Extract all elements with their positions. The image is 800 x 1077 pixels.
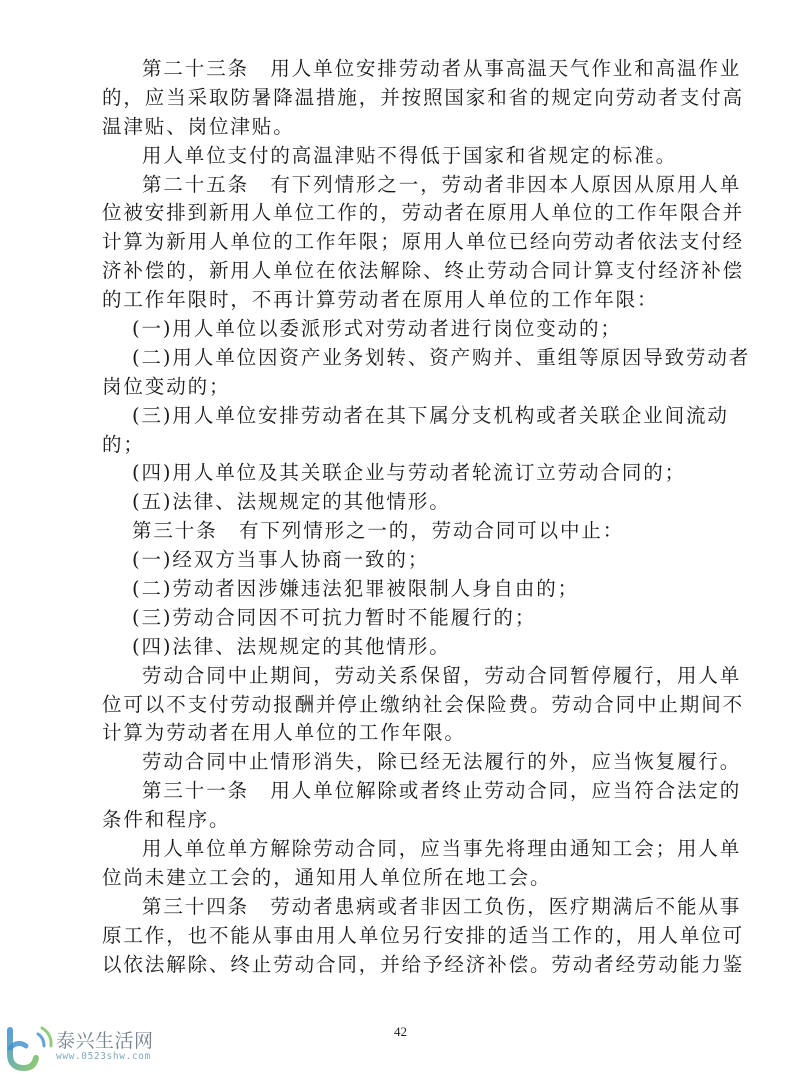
watermark-site-name: 泰兴生活网 (56, 1026, 154, 1053)
text-line: 济补偿的，新用人单位在依法解除、终止劳动合同计算支付经济补偿 (102, 257, 702, 286)
text-line: 的； (102, 431, 702, 460)
text-line: (二)用人单位因资产业务划转、资产购并、重组等原因导致劳动者 (102, 344, 702, 373)
text-line: 以依法解除、终止劳动合同，并给予经济补偿。劳动者经劳动能力鉴 (102, 951, 702, 980)
text-line: 第三十四条 劳动者患病或者非因工负伤，医疗期满后不能从事 (102, 893, 702, 922)
text-line: 温津贴、岗位津贴。 (102, 113, 702, 142)
text-line: (四)法律、法规规定的其他情形。 (102, 633, 702, 662)
text-line: 用人单位支付的高温津贴不得低于国家和省规定的标准。 (102, 142, 702, 171)
text-line: 第三十一条 用人单位解除或者终止劳动合同，应当符合法定的 (102, 777, 702, 806)
text-line: 劳动合同中止情形消失，除已经无法履行的外，应当恢复履行。 (102, 748, 702, 777)
text-line: 第三十条 有下列情形之一的，劳动合同可以中止： (102, 517, 702, 546)
text-line: 计算为劳动者在用人单位的工作年限。 (102, 719, 702, 748)
signal-wave-logo-icon (4, 1024, 56, 1074)
text-line: 原工作，也不能从事由用人单位另行安排的适当工作的，用人单位可 (102, 922, 702, 951)
document-page: 第二十三条 用人单位安排劳动者从事高温天气作业和高温作业的，应当采取防暑降温措施… (102, 55, 702, 980)
text-line: 位尚未建立工会的，通知用人单位所在地工会。 (102, 864, 702, 893)
page-number: 42 (394, 1024, 407, 1040)
watermark: 泰兴生活网 www.0523shw.com (4, 1024, 164, 1074)
text-line: 第二十三条 用人单位安排劳动者从事高温天气作业和高温作业 (102, 55, 702, 84)
text-line: (五)法律、法规规定的其他情形。 (102, 488, 702, 517)
text-line: (一)用人单位以委派形式对劳动者进行岗位变动的； (102, 315, 702, 344)
text-line: 第二十五条 有下列情形之一，劳动者非因本人原因从原用人单 (102, 171, 702, 200)
text-line: (三)劳动合同因不可抗力暂时不能履行的； (102, 604, 702, 633)
text-line: 岗位变动的； (102, 373, 702, 402)
text-line: (一)经双方当事人协商一致的； (102, 546, 702, 575)
text-line: 位被安排到新用人单位工作的，劳动者在原用人单位的工作年限合并 (102, 199, 702, 228)
text-line: 劳动合同中止期间，劳动关系保留，劳动合同暂停履行，用人单 (102, 662, 702, 691)
text-line: (三)用人单位安排劳动者在其下属分支机构或者关联企业间流动 (102, 402, 702, 431)
text-line: 用人单位单方解除劳动合同，应当事先将理由通知工会；用人单 (102, 835, 702, 864)
text-line: 计算为新用人单位的工作年限；原用人单位已经向劳动者依法支付经 (102, 228, 702, 257)
text-line: 位可以不支付劳动报酬并停止缴纳社会保险费。劳动合同中止期间不 (102, 691, 702, 720)
text-line: (四)用人单位及其关联企业与劳动者轮流订立劳动合同的； (102, 459, 702, 488)
text-line: (二)劳动者因涉嫌违法犯罪被限制人身自由的； (102, 575, 702, 604)
watermark-url: www.0523shw.com (56, 1051, 151, 1062)
text-line: 的工作年限时，不再计算劳动者在原用人单位的工作年限： (102, 286, 702, 315)
text-line: 条件和程序。 (102, 806, 702, 835)
text-line: 的，应当采取防暑降温措施，并按照国家和省的规定向劳动者支付高 (102, 84, 702, 113)
